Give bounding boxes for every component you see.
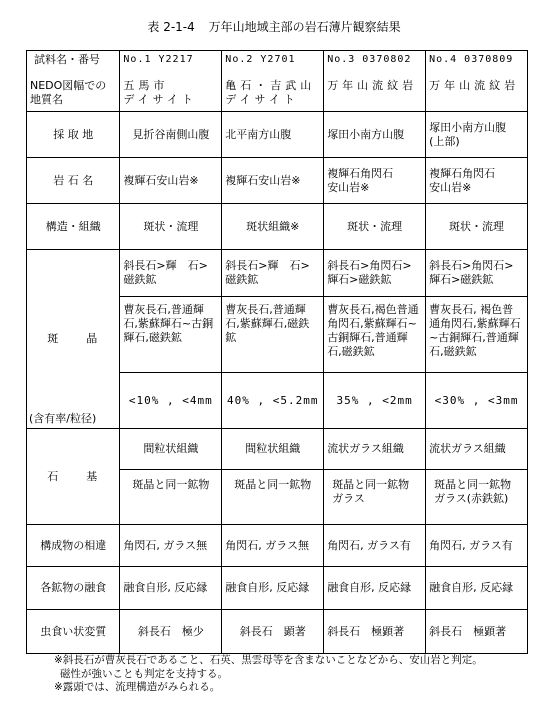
table-cell: 斜長石>輝 石>磁鉄鉱: [222, 250, 324, 297]
sample-header-3: No.3 0370802 万年山流紋岩: [324, 51, 426, 112]
table-row-alteration: 虫食い状変質 斜長石 極少 斜長石 顕著 斜長石 極顕著 斜長石 極顕著: [27, 610, 528, 654]
table-cell: 複輝石角閃石 安山岩※: [324, 158, 426, 204]
table-title: 表 2-1-4 万年山地域主部の岩石薄片観察結果: [0, 18, 548, 35]
table-row-constituent-difference: 構成物の相違 角閃石, ガラス無 角閃石, ガラス無 角閃石, ガラス有 角閃石…: [27, 525, 528, 567]
table-cell: 斜長石 極少: [120, 610, 222, 654]
table-cell: 流状ガラス組織: [426, 429, 528, 470]
table-row-phenocryst-order: 斑 晶 (含有率/粒径) 斜長石>輝 石>磁鉄鉱 斜長石>輝 石>磁鉄鉱 斜長石…: [27, 250, 528, 297]
table-cell: 40% , <5.2mm: [222, 373, 324, 429]
nedo-label: NEDO図幅での地質名: [30, 79, 116, 107]
table-cell: 北平南方山腹: [222, 112, 324, 158]
table-row-rock-name: 岩 石 名 複輝石安山岩※ 複輝石安山岩※ 複輝石角閃石 安山岩※ 複輝石角閃石…: [27, 158, 528, 204]
nedo-name-2: デイサイト: [225, 93, 320, 107]
sample-id: No.4 0370809: [429, 53, 524, 67]
header-row: 試料名・番号 NEDO図幅での地質名 No.1 Y2217 五馬市 デイサイト …: [27, 51, 528, 112]
table-cell: 曹灰長石,普通輝石,紫蘇輝石~古銅輝石,磁鉄鉱: [120, 297, 222, 373]
nedo-name-2: デイサイト: [123, 93, 218, 107]
table-cell: 塚田小南方山腹: [324, 112, 426, 158]
table-cell: 角閃石, ガラス無: [222, 525, 324, 567]
table-cell: 35% , <2mm: [324, 373, 426, 429]
table-cell: 流状ガラス組織: [324, 429, 426, 470]
row-label: 採 取 地: [27, 112, 120, 158]
table-row-groundmass-texture: 石 基 間粒状組織 間粒状組織 流状ガラス組織 流状ガラス組織: [27, 429, 528, 470]
table-cell: 斜長石 極顕著: [426, 610, 528, 654]
sample-header-2: No.2 Y2701 亀石・吉武山 デイサイト: [222, 51, 324, 112]
row-label: 構成物の相違: [27, 525, 120, 567]
table-cell: 曹灰長石,普通輝石,紫蘇輝石,磁鉄鉱: [222, 297, 324, 373]
table-cell: 融食自形, 反応縁: [324, 567, 426, 610]
row-label: 石 基: [27, 429, 120, 525]
row-label: 各鉱物の融食: [27, 567, 120, 610]
table-cell: 見折谷南側山腹: [120, 112, 222, 158]
table-row-corrosion: 各鉱物の融食 融食自形, 反応縁 融食自形, 反応縁 融食自形, 反応縁 融食自…: [27, 567, 528, 610]
table-title-text: 万年山地域主部の岩石薄片観察結果: [209, 20, 401, 34]
table-cell: 斑状組織※: [222, 204, 324, 250]
footnote-2: ※露頭では、流理構造がみられる。: [54, 681, 483, 695]
observation-table: 試料名・番号 NEDO図幅での地質名 No.1 Y2217 五馬市 デイサイト …: [26, 50, 528, 654]
table-cell: 斑晶と同一鉱物: [222, 470, 324, 525]
sample-id: No.3 0370802: [327, 53, 422, 67]
footnote-1-continued: 磁性が強いことも判定を支持する。: [60, 668, 483, 682]
table-cell: 融食自形, 反応縁: [222, 567, 324, 610]
sample-id: No.1 Y2217: [123, 53, 218, 67]
table-cell: 塚田小南方山腹 (上部): [426, 112, 528, 158]
row-sublabel: (含有率/粒径): [29, 412, 96, 426]
table-cell: 斜長石 顕著: [222, 610, 324, 654]
table-row-location: 採 取 地 見折谷南側山腹 北平南方山腹 塚田小南方山腹 塚田小南方山腹 (上部…: [27, 112, 528, 158]
header-label-cell: 試料名・番号 NEDO図幅での地質名: [27, 51, 120, 112]
table-cell: 斑晶と同一鉱物: [120, 470, 222, 525]
table-cell: 間粒状組織: [120, 429, 222, 470]
table-cell: 融食自形, 反応縁: [426, 567, 528, 610]
table-cell: 斜長石>角閃石>輝石>磁鉄鉱: [426, 250, 528, 297]
table-cell: 曹灰長石, 褐色普通角閃石,紫蘇輝石~古銅輝石,普通輝石,磁鉄鉱: [426, 297, 528, 373]
table-cell: 斑状・流理: [120, 204, 222, 250]
table-cell: 斑晶と同一鉱物 ガラス: [324, 470, 426, 525]
table-cell: 斜長石>角閃石>輝石>磁鉄鉱: [324, 250, 426, 297]
row-label: 岩 石 名: [27, 158, 120, 204]
table-cell: 斜長石 極顕著: [324, 610, 426, 654]
table-cell: 間粒状組織: [222, 429, 324, 470]
sample-header-4: No.4 0370809 万年山流紋岩: [426, 51, 528, 112]
table-cell: 角閃石, ガラス有: [324, 525, 426, 567]
table-cell: 複輝石安山岩※: [120, 158, 222, 204]
row-label: 構造・組織: [27, 204, 120, 250]
sample-label: 試料名・番号: [30, 53, 116, 67]
table-cell: 複輝石安山岩※: [222, 158, 324, 204]
table-row-structure: 構造・組織 斑状・流理 斑状組織※ 斑状・流理 斑状・流理: [27, 204, 528, 250]
nedo-name: 五馬市: [123, 79, 218, 93]
footnote-1: ※斜長石が曹灰長石であること、石英、黒雲母等を含まないことなどから、安山岩と判定…: [54, 654, 483, 668]
table-cell: 斑状・流理: [426, 204, 528, 250]
nedo-name: 万年山流紋岩: [429, 79, 524, 93]
table-cell: <30% , <3mm: [426, 373, 528, 429]
footnotes: ※斜長石が曹灰長石であること、石英、黒雲母等を含まないことなどから、安山岩と判定…: [60, 654, 483, 695]
table-cell: <10% , <4mm: [120, 373, 222, 429]
sample-id: No.2 Y2701: [225, 53, 320, 67]
table-cell: 斑晶と同一鉱物 ガラス(赤鉄鉱): [426, 470, 528, 525]
row-label: 虫食い状変質: [27, 610, 120, 654]
table-cell: 融食自形, 反応縁: [120, 567, 222, 610]
table-cell: 斑状・流理: [324, 204, 426, 250]
row-label: 斑 晶: [30, 332, 116, 346]
nedo-name: 亀石・吉武山: [225, 79, 320, 93]
table-cell: 曹灰長石,褐色普通角閃石,紫蘇輝石~古銅輝石,普通輝石,磁鉄鉱: [324, 297, 426, 373]
table-cell: 斜長石>輝 石>磁鉄鉱: [120, 250, 222, 297]
nedo-name: 万年山流紋岩: [327, 79, 422, 93]
sample-header-1: No.1 Y2217 五馬市 デイサイト: [120, 51, 222, 112]
table-cell: 角閃石, ガラス無: [120, 525, 222, 567]
table-cell: 複輝石角閃石 安山岩※: [426, 158, 528, 204]
table-cell: 角閃石, ガラス有: [426, 525, 528, 567]
phenocryst-label-cell: 斑 晶 (含有率/粒径): [27, 250, 120, 429]
table-number: 表 2-1-4: [147, 20, 194, 34]
